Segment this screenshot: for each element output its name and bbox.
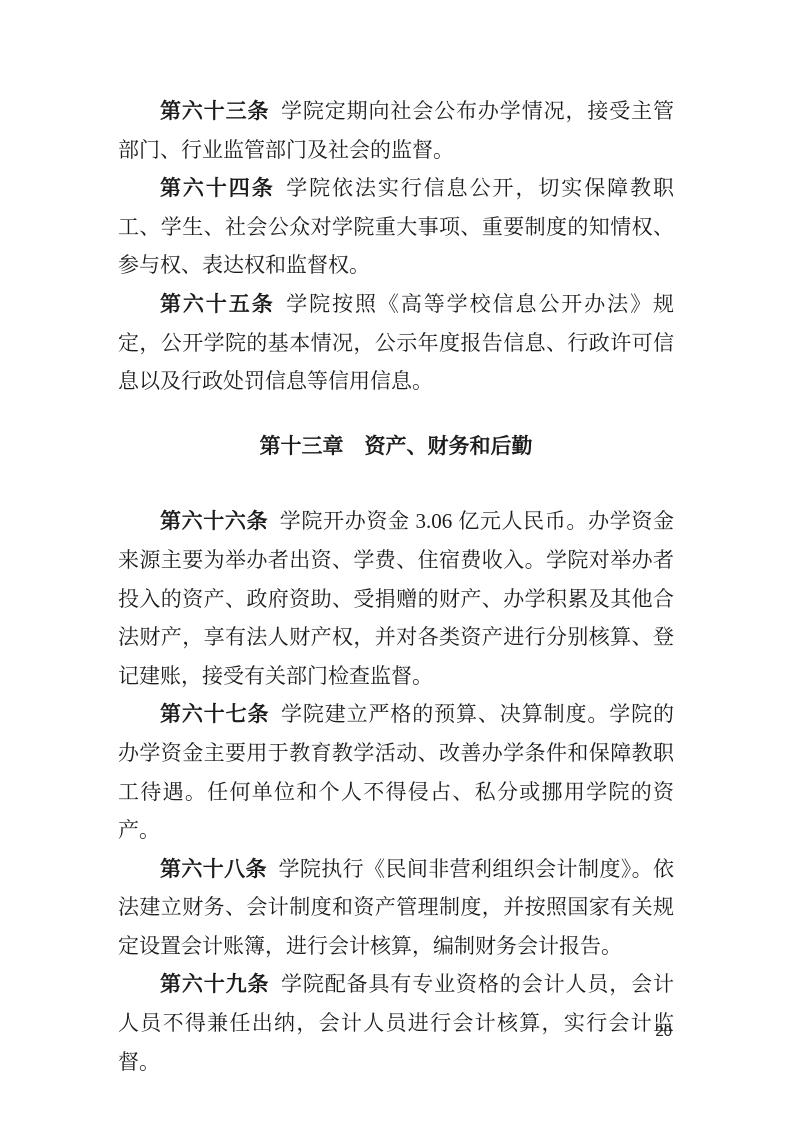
article-paragraph: 第六十三条学院定期向社会公布办学情况，接受主管部门、行业监管部门及社会的监督。: [118, 92, 674, 169]
article-paragraph: 第六十七条学院建立严格的预算、决算制度。学院的办学资金主要用于教育教学活动、改善…: [118, 695, 674, 849]
article-paragraph: 第六十六条学院开办资金 3.06 亿元人民币。办学资金来源主要为举办者出资、学费…: [118, 502, 674, 695]
document-body: 第六十三条学院定期向社会公布办学情况，接受主管部门、行业监管部门及社会的监督。 …: [118, 92, 674, 1081]
article-paragraph: 第六十四条学院依法实行信息公开，切实保障教职工、学生、社会公众对学院重大事项、重…: [118, 169, 674, 285]
document-page: 第六十三条学院定期向社会公布办学情况，接受主管部门、行业监管部门及社会的监督。 …: [0, 0, 792, 1122]
article-number: 第六十三条: [160, 99, 269, 123]
article-number: 第六十四条: [160, 176, 275, 200]
chapter-heading: 第十三章 资产、财务和后勤: [118, 427, 674, 466]
article-paragraph: 第六十九条学院配备具有专业资格的会计人员，会计人员不得兼任出纳，会计人员进行会计…: [118, 965, 674, 1081]
article-number: 第六十五条: [160, 292, 275, 316]
article-number: 第六十六条: [160, 509, 268, 533]
article-paragraph: 第六十五条学院按照《高等学校信息公开办法》规定，公开学院的基本情况，公示年度报告…: [118, 285, 674, 401]
page-number: 20: [655, 1022, 672, 1042]
article-paragraph: 第六十八条学院执行《民间非营利组织会计制度》。依法建立财务、会计制度和资产管理制…: [118, 850, 674, 966]
article-text: 学院开办资金 3.06 亿元人民币。办学资金来源主要为举办者出资、学费、住宿费收…: [118, 509, 674, 687]
article-number: 第六十七条: [160, 702, 269, 726]
article-number: 第六十八条: [160, 857, 267, 881]
article-number: 第六十九条: [160, 972, 269, 996]
